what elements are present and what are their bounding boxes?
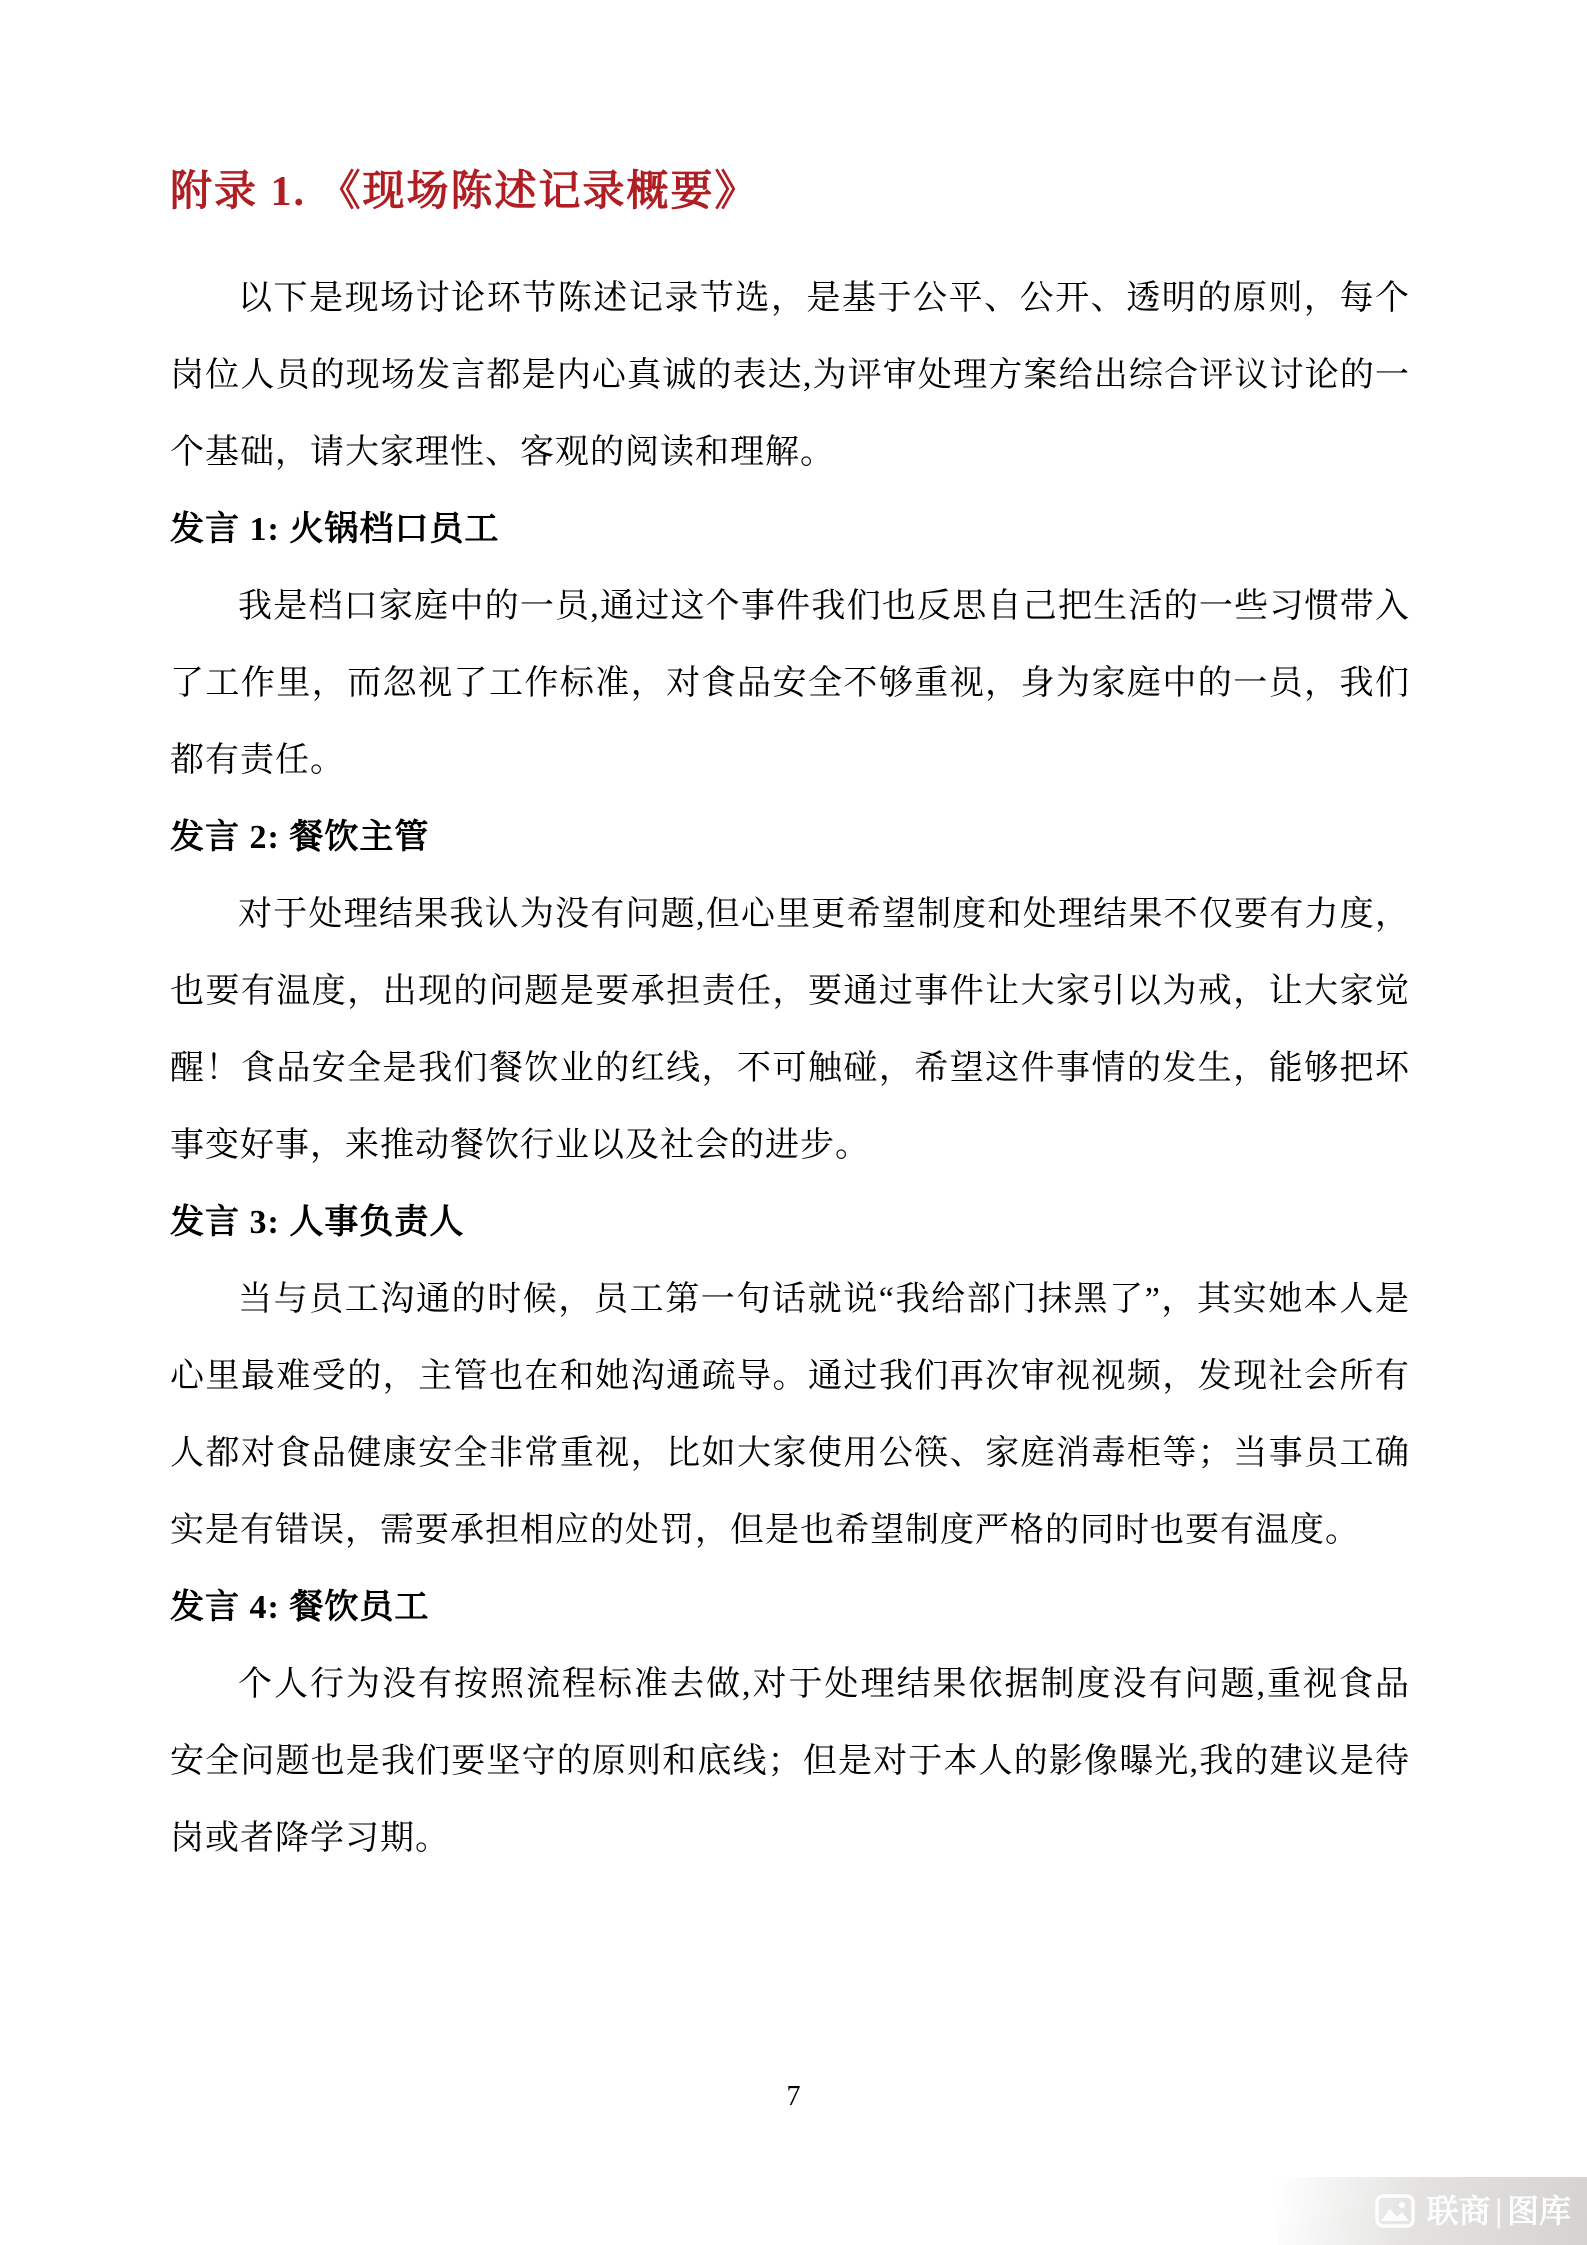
document-page: 附录 1. 《现场陈述记录概要》 以下是现场讨论环节陈述记录节选，是基于公平、公… [0, 0, 1587, 2245]
speech-3-heading: 发言 3: 人事负责人 [170, 1184, 1410, 1261]
image-icon [1375, 2194, 1415, 2228]
page-number: 7 [0, 2081, 1587, 2113]
speech-4-heading: 发言 4: 餐饮员工 [170, 1569, 1410, 1646]
watermark: 联商|图库 [1277, 2177, 1587, 2245]
document-content: 附录 1. 《现场陈述记录概要》 以下是现场讨论环节陈述记录节选，是基于公平、公… [170, 158, 1410, 1877]
watermark-brand: 联商 [1427, 2193, 1491, 2229]
speech-1-heading: 发言 1: 火锅档口员工 [170, 491, 1410, 568]
speech-3-body: 当与员工沟通的时候，员工第一句话就说“我给部门抹黑了”，其实她本人是心里最难受的… [170, 1261, 1410, 1569]
speech-2-body: 对于处理结果我认为没有问题,但心里更希望制度和处理结果不仅要有力度，也要有温度，… [170, 876, 1410, 1184]
appendix-title: 附录 1. 《现场陈述记录概要》 [170, 158, 1410, 218]
speech-4-body: 个人行为没有按照流程标准去做,对于处理结果依据制度没有问题,重视食品安全问题也是… [170, 1646, 1410, 1877]
watermark-suffix: 图库 [1507, 2193, 1571, 2229]
watermark-divider: | [1491, 2193, 1507, 2229]
intro-paragraph: 以下是现场讨论环节陈述记录节选，是基于公平、公开、透明的原则，每个岗位人员的现场… [170, 260, 1410, 491]
speech-2-heading: 发言 2: 餐饮主管 [170, 799, 1410, 876]
watermark-text: 联商|图库 [1427, 2195, 1571, 2227]
speech-1-body: 我是档口家庭中的一员,通过这个事件我们也反思自己把生活的一些习惯带入了工作里，而… [170, 568, 1410, 799]
